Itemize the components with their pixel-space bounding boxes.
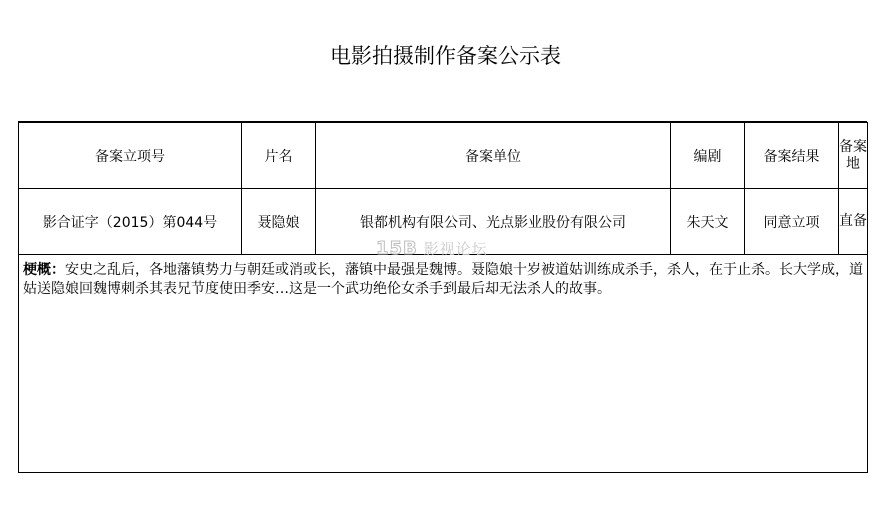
header-film-title: 片名 [242,123,316,189]
header-filing-location: 备案地 [839,123,868,189]
header-filing-result: 备案结果 [745,123,839,189]
table-header-row: 备案立项号 片名 备案单位 编剧 备案结果 备案地 [19,123,868,189]
synopsis-cell: 梗概：安史之乱后，各地藩镇势力与朝廷或消或长，藩镇中最强是魏博。聂隐娘十岁被道姑… [19,255,868,473]
cell-filing-location: 直备 [839,189,868,255]
synopsis-label: 梗概： [23,262,65,278]
cell-filing-result: 同意立项 [745,189,839,255]
header-filing-number: 备案立项号 [19,123,242,189]
synopsis-text: 安史之乱后，各地藩镇势力与朝廷或消或长，藩镇中最强是魏博。聂隐娘十岁被道姑训练成… [23,262,863,297]
header-screenwriter: 编剧 [671,123,745,189]
table-row: 影合证字（2015）第044号 聂隐娘 银都机构有限公司、光点影业股份有限公司 … [19,189,868,255]
synopsis-row: 梗概：安史之乱后，各地藩镇势力与朝廷或消或长，藩镇中最强是魏博。聂隐娘十岁被道姑… [19,255,868,473]
cell-filing-number: 影合证字（2015）第044号 [19,189,242,255]
page-title: 电影拍摄制作备案公示表 [0,40,891,70]
cell-screenwriter: 朱天文 [671,189,745,255]
cell-filing-entity: 银都机构有限公司、光点影业股份有限公司 [316,189,671,255]
header-filing-entity: 备案单位 [316,123,671,189]
cell-film-title: 聂隐娘 [242,189,316,255]
filing-table: 备案立项号 片名 备案单位 编剧 备案结果 备案地 影合证字（2015）第044… [18,122,868,473]
